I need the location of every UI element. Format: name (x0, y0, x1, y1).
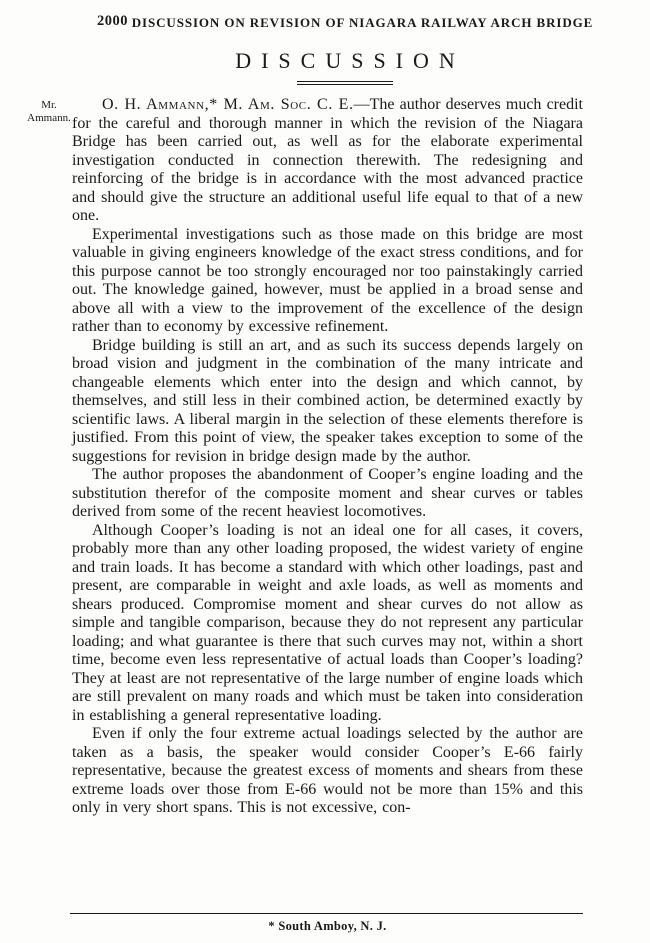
paragraph-3: Bridge building is still an art, and as … (72, 337, 583, 467)
page-header: 2000 DISCUSSION ON REVISION OF NIAGARA R… (0, 13, 650, 33)
paragraph-1-text: —The author deserves much credit for the… (72, 96, 583, 224)
paragraph-1: O. H. Ammann,* M. Am. Soc. C. E.—The aut… (72, 96, 583, 226)
margin-note-speaker: Mr. Ammann. (21, 99, 77, 124)
footnote-rule (70, 913, 583, 914)
discussion-body: O. H. Ammann,* M. Am. Soc. C. E.—The aut… (72, 96, 583, 818)
document-page: 2000 DISCUSSION ON REVISION OF NIAGARA R… (0, 0, 650, 943)
running-head: DISCUSSION ON REVISION OF NIAGARA RAILWA… (120, 15, 605, 31)
section-title: DISCUSSION (80, 48, 610, 74)
paragraph-6: Even if only the four extreme actual loa… (72, 725, 583, 818)
speaker-name: O. H. Ammann,* M. Am. Soc. C. E. (102, 96, 354, 113)
paragraph-5: Although Cooper’s loading is not an idea… (72, 522, 583, 726)
paragraph-2: Experimental investigations such as thos… (72, 226, 583, 337)
footnote: * South Amboy, N. J. (72, 919, 583, 934)
margin-note-line1: Mr. (21, 99, 77, 112)
margin-note-line2: Ammann. (21, 112, 77, 125)
title-rule (297, 81, 393, 85)
paragraph-4: The author proposes the abandonment of C… (72, 466, 583, 522)
